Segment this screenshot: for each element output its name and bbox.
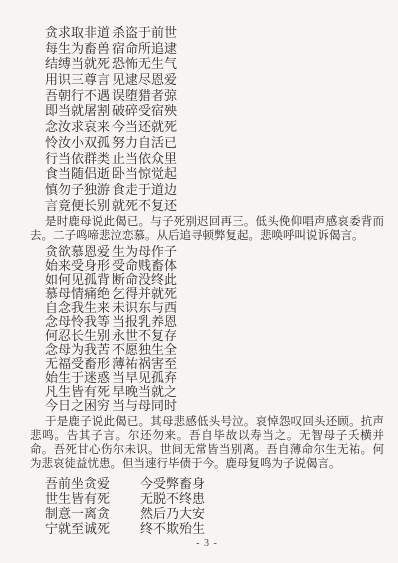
verse-line: 慕母情痛绝乞得并就死 — [45, 287, 384, 301]
verse-phrase-left: 吾朝行不遇 — [45, 88, 112, 104]
verse-block-3: 吾前坐贪爱今受弊畜身 世生皆有死无脱不终患 制意一离贪然后乃大安 宁就至诚死终不… — [30, 476, 384, 536]
verse-line: 慎勿子独游食走于道边 — [45, 182, 384, 198]
verse-line: 如何见孤背断命没终此 — [45, 273, 384, 287]
verse-phrase-left: 念汝求哀来 — [45, 119, 112, 135]
verse-phrase-left: 即当就屠割 — [45, 103, 112, 119]
verse-line: 贪求取非道杀盗于前世 — [45, 25, 384, 41]
verse-line: 宁就至诚死终不欺殆生 — [45, 521, 384, 536]
verse-phrase-left: 行当依群类 — [45, 151, 112, 167]
verse-phrase-right: 止当依众里 — [112, 151, 177, 166]
verse-line: 言竟便长别就死不复还 — [45, 198, 384, 214]
verse-phrase-right: 乞得并就死 — [112, 286, 177, 301]
verse-phrase-left: 宁就至诚死 — [45, 521, 140, 536]
verse-phrase-right: 当早见孤弃 — [112, 370, 177, 385]
scanned-book-page: 贪求取非道杀盗于前世 每生为畜兽宿命所追逮 结缚当就死恐怖无生气 用识三尊言见逮… — [0, 0, 398, 563]
verse-phrase-right: 今当还就死 — [112, 119, 177, 134]
verse-line: 今日之困穷当与母同时 — [45, 399, 384, 413]
verse-phrase-right: 终不欺殆生 — [140, 521, 205, 536]
verse-phrase-left: 念母为我苦 — [45, 343, 112, 357]
verse-phrase-left: 言竟便长别 — [45, 198, 112, 214]
verse-phrase-left: 无福受畜形 — [45, 357, 112, 371]
verse-phrase-right: 食走于道边 — [112, 182, 177, 197]
verse-phrase-right: 杀盗于前世 — [112, 25, 177, 40]
verse-line: 念汝求哀来今当还就死 — [45, 119, 384, 135]
verse-phrase-right: 宿命所追逮 — [112, 41, 177, 56]
verse-line: 食当随侣逝卧当惊觉起 — [45, 166, 384, 182]
verse-phrase-left: 制意一离贪 — [45, 506, 140, 521]
verse-phrase-right: 当与母同时 — [112, 398, 177, 413]
prose-paragraph-1: 是时鹿母说此偈已。与子死别迟回再三。低头俛仰唱声感哀委背而去。二子鸣啼悲泣恋慕。… — [30, 215, 384, 243]
verse-phrase-left: 贪求取非道 — [45, 25, 112, 41]
verse-line: 即当就屠割破碎受宿殃 — [45, 103, 384, 119]
verse-line: 制意一离贪然后乃大安 — [45, 506, 384, 521]
verse-phrase-left: 念母怜我等 — [45, 315, 112, 329]
verse-phrase-left: 用识三尊言 — [45, 72, 112, 88]
verse-phrase-right: 当报乳养恩 — [112, 314, 177, 329]
verse-line: 结缚当就死恐怖无生气 — [45, 56, 384, 72]
verse-phrase-left: 如何见孤背 — [45, 273, 112, 287]
verse-phrase-left: 自念我生来 — [45, 301, 112, 315]
verse-phrase-right: 无脱不终患 — [140, 491, 205, 506]
verse-line: 每生为畜兽宿命所追逮 — [45, 41, 384, 57]
verse-line: 吾前坐贪爱今受弊畜身 — [45, 476, 384, 491]
verse-phrase-left: 凡生皆有死 — [45, 385, 112, 399]
verse-phrase-right: 今受弊畜身 — [140, 476, 205, 491]
verse-phrase-left: 贪欲慕恩爱 — [45, 245, 112, 259]
verse-phrase-left: 每生为畜兽 — [45, 41, 112, 57]
verse-block-1: 贪求取非道杀盗于前世 每生为畜兽宿命所追逮 结缚当就死恐怖无生气 用识三尊言见逮… — [30, 25, 384, 213]
verse-phrase-right: 受命贱畜体 — [112, 258, 177, 273]
verse-line: 贪欲慕恩爱生为母作子 — [45, 245, 384, 259]
verse-phrase-left: 何忍长生别 — [45, 329, 112, 343]
verse-line: 念母怜我等当报乳养恩 — [45, 315, 384, 329]
verse-phrase-right: 恐怖无生气 — [112, 56, 177, 71]
page-number: - 3 - — [30, 539, 384, 549]
verse-line: 用识三尊言见逮尽恩爱 — [45, 72, 384, 88]
verse-phrase-left: 今日之困穷 — [45, 399, 112, 413]
verse-line: 始生于迷惑当早见孤弃 — [45, 371, 384, 385]
verse-phrase-right: 不愿独生全 — [112, 342, 177, 357]
verse-phrase-right: 见逮尽恩爱 — [112, 72, 177, 87]
verse-block-2: 贪欲慕恩爱生为母作子 始来受身形受命贱畜体 如何见孤背断命没终此 慕母情痛绝乞得… — [30, 245, 384, 413]
verse-phrase-right: 永世不复存 — [112, 328, 177, 343]
verse-phrase-left: 怜汝小双孤 — [45, 135, 112, 151]
verse-phrase-right: 生为母作子 — [112, 244, 177, 259]
verse-phrase-right: 就死不复还 — [112, 198, 177, 213]
verse-line: 始来受身形受命贱畜体 — [45, 259, 384, 273]
verse-phrase-left: 吾前坐贪爱 — [45, 476, 140, 491]
verse-phrase-right: 然后乃大安 — [140, 506, 205, 521]
verse-line: 吾朝行不遇误堕猎者弶 — [45, 88, 384, 104]
verse-phrase-right: 断命没终此 — [112, 272, 177, 287]
page-content: 贪求取非道杀盗于前世 每生为畜兽宿命所追逮 结缚当就死恐怖无生气 用识三尊言见逮… — [0, 0, 398, 549]
verse-line: 无福受畜形薄祐祸害至 — [45, 357, 384, 371]
verse-phrase-left: 始来受身形 — [45, 259, 112, 273]
prose-paragraph-2: 于是鹿子说此偈已。其母悲感低头号泣。哀悼怨叹回头还顾。抗声悲鸣。告其子言。尔还勿… — [30, 415, 384, 472]
verse-line: 世生皆有死无脱不终患 — [45, 491, 384, 506]
verse-phrase-left: 食当随侣逝 — [45, 166, 112, 182]
verse-line: 念母为我苦不愿独生全 — [45, 343, 384, 357]
verse-phrase-right: 早晚当就之 — [112, 384, 177, 399]
verse-phrase-left: 慕母情痛绝 — [45, 287, 112, 301]
verse-line: 自念我生来未识东与西 — [45, 301, 384, 315]
verse-phrase-right: 误堕猎者弶 — [112, 88, 177, 103]
verse-phrase-right: 努力自活已 — [112, 135, 177, 150]
verse-phrase-right: 薄祐祸害至 — [112, 356, 177, 371]
verse-phrase-right: 未识东与西 — [112, 300, 177, 315]
verse-line: 何忍长生别永世不复存 — [45, 329, 384, 343]
verse-phrase-left: 始生于迷惑 — [45, 371, 112, 385]
verse-line: 凡生皆有死早晚当就之 — [45, 385, 384, 399]
verse-phrase-right: 卧当惊觉起 — [112, 166, 177, 181]
verse-line: 怜汝小双孤努力自活已 — [45, 135, 384, 151]
verse-phrase-left: 结缚当就死 — [45, 56, 112, 72]
verse-phrase-left: 世生皆有死 — [45, 491, 140, 506]
verse-phrase-right: 破碎受宿殃 — [112, 103, 177, 118]
verse-phrase-left: 慎勿子独游 — [45, 182, 112, 198]
verse-line: 行当依群类止当依众里 — [45, 151, 384, 167]
